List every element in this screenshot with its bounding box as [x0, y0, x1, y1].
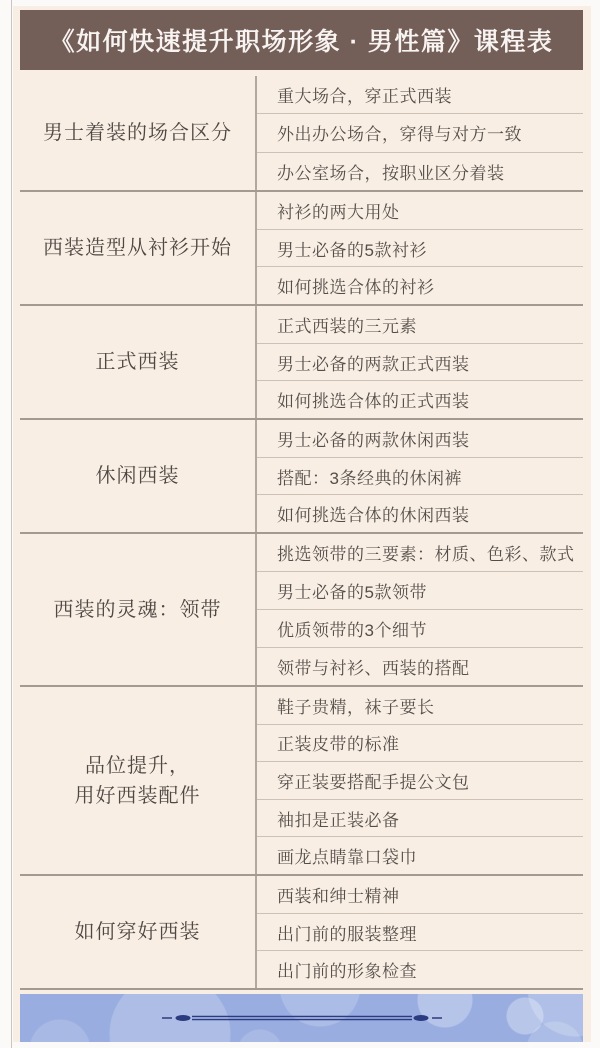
lesson-row: 正式西装的三元素 [257, 306, 583, 343]
course-section: 正式西装正式西装的三元素男士必备的两款正式西装如何挑选合体的正式西装 [20, 304, 583, 418]
course-section: 男士着装的场合区分重大场合，穿正式西装外出办公场合，穿得与对方一致办公室场合，按… [20, 76, 583, 190]
category-line: 品位提升， [85, 751, 190, 781]
course-table: 男士着装的场合区分重大场合，穿正式西装外出办公场合，穿得与对方一致办公室场合，按… [20, 76, 583, 990]
lesson-row: 重大场合，穿正式西装 [257, 76, 583, 113]
lesson-row: 如何挑选合体的休闲西装 [257, 494, 583, 532]
lessons-column: 西装和绅士精神出门前的服装整理出门前的形象检查 [257, 876, 583, 988]
lessons-column: 男士必备的两款休闲西装搭配：3条经典的休闲裤如何挑选合体的休闲西装 [257, 420, 583, 532]
category-line: 正式西装 [96, 347, 180, 377]
course-section: 休闲西装男士必备的两款休闲西装搭配：3条经典的休闲裤如何挑选合体的休闲西装 [20, 418, 583, 532]
lesson-row: 穿正装要搭配手提公文包 [257, 761, 583, 799]
lesson-row: 鞋子贵精，袜子要长 [257, 687, 583, 724]
lesson-row: 正装皮带的标准 [257, 724, 583, 762]
lessons-column: 鞋子贵精，袜子要长正装皮带的标准穿正装要搭配手提公文包袖扣是正装必备画龙点睛靠口… [257, 687, 583, 874]
category-cell: 西装造型从衬衫开始 [20, 192, 257, 304]
course-section: 西装造型从衬衫开始衬衫的两大用处男士必备的5款衬衫如何挑选合体的衬衫 [20, 190, 583, 304]
category-cell: 休闲西装 [20, 420, 257, 532]
lessons-column: 挑选领带的三要素：材质、色彩、款式男士必备的5款领带优质领带的3个细节领带与衬衫… [257, 534, 583, 685]
category-line: 休闲西装 [96, 461, 180, 491]
course-section: 如何穿好西装西装和绅士精神出门前的服装整理出门前的形象检查 [20, 874, 583, 988]
lesson-row: 搭配：3条经典的休闲裤 [257, 457, 583, 495]
lesson-row: 如何挑选合体的正式西装 [257, 380, 583, 418]
lesson-row: 袖扣是正装必备 [257, 799, 583, 837]
category-line: 如何穿好西装 [75, 917, 201, 947]
lessons-column: 正式西装的三元素男士必备的两款正式西装如何挑选合体的正式西装 [257, 306, 583, 418]
category-line: 西装的灵魂：领带 [54, 595, 222, 625]
category-cell: 正式西装 [20, 306, 257, 418]
lesson-row: 男士必备的5款衬衫 [257, 229, 583, 267]
category-cell: 男士着装的场合区分 [20, 76, 257, 190]
lesson-row: 西装和绅士精神 [257, 876, 583, 913]
lessons-column: 衬衫的两大用处男士必备的5款衬衫如何挑选合体的衬衫 [257, 192, 583, 304]
lesson-row: 衬衫的两大用处 [257, 192, 583, 229]
lesson-row: 外出办公场合，穿得与对方一致 [257, 113, 583, 151]
lesson-row: 办公室场合，按职业区分着装 [257, 152, 583, 190]
lesson-row: 男士必备的两款正式西装 [257, 343, 583, 381]
ornamental-divider-icon [162, 1011, 442, 1025]
course-table-card: 《如何快速提升职场形象 · 男性篇》课程表 男士着装的场合区分重大场合，穿正式西… [13, 6, 591, 1042]
lesson-row: 挑选领带的三要素：材质、色彩、款式 [257, 534, 583, 571]
lesson-row: 男士必备的5款领带 [257, 571, 583, 609]
lesson-row: 男士必备的两款休闲西装 [257, 420, 583, 457]
lesson-row: 领带与衬衫、西装的搭配 [257, 647, 583, 685]
page-title: 《如何快速提升职场形象 · 男性篇》课程表 [50, 22, 554, 58]
category-cell: 品位提升，用好西装配件 [20, 687, 257, 874]
lesson-row: 优质领带的3个细节 [257, 609, 583, 647]
course-section: 品位提升，用好西装配件鞋子贵精，袜子要长正装皮带的标准穿正装要搭配手提公文包袖扣… [20, 685, 583, 874]
course-section: 西装的灵魂：领带挑选领带的三要素：材质、色彩、款式男士必备的5款领带优质领带的3… [20, 532, 583, 685]
category-line: 用好西装配件 [75, 781, 201, 811]
lesson-row: 出门前的形象检查 [257, 950, 583, 988]
category-cell: 如何穿好西装 [20, 876, 257, 988]
lesson-row: 画龙点睛靠口袋巾 [257, 836, 583, 874]
category-cell: 西装的灵魂：领带 [20, 534, 257, 685]
category-line: 男士着装的场合区分 [43, 118, 232, 148]
lesson-row: 如何挑选合体的衬衫 [257, 266, 583, 304]
lessons-column: 重大场合，穿正式西装外出办公场合，穿得与对方一致办公室场合，按职业区分着装 [257, 76, 583, 190]
screenshot-left-edge-line [11, 0, 12, 1048]
category-line: 西装造型从衬衫开始 [43, 233, 232, 263]
header-band: 《如何快速提升职场形象 · 男性篇》课程表 [20, 10, 583, 70]
footer-band [20, 994, 583, 1042]
lesson-row: 出门前的服装整理 [257, 913, 583, 951]
